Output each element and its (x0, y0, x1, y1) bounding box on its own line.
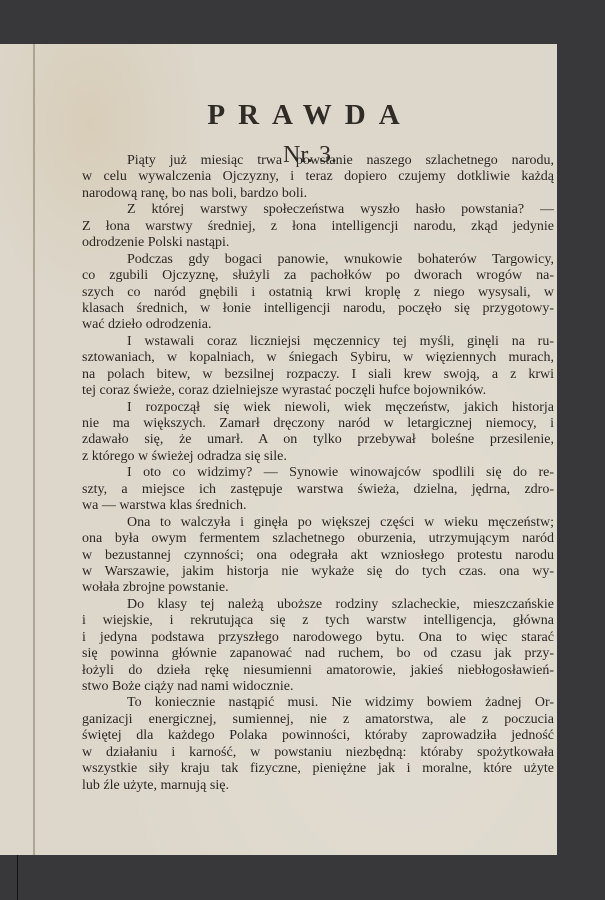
text-line: To koniecznie nastąpić musi. Nie widzimy… (82, 695, 554, 711)
text-line: i jedyna podstawa przyszłego narodowego … (82, 630, 554, 646)
text-line: w działaniu i karność, w powstaniu niezb… (82, 745, 554, 761)
text-line: ona była owym fermentem szlachetnego obu… (82, 531, 554, 547)
text-line: świętej dla każdego Polaka powinności, k… (82, 728, 554, 744)
text-line: i wiejskie, i rekrutująca się z tych war… (82, 613, 554, 629)
text-line: w celu wywalczenia Ojczyzny, i teraz dop… (82, 169, 554, 185)
text-line: lub źle użyte, marnują się. (82, 778, 554, 794)
text-line: Ona to walczyła i ginęła po większej czę… (82, 515, 554, 531)
text-line: nie ma większych. Zamarł dręczony naród … (82, 416, 554, 432)
text-line: łożyli do dzieła rękę niesumienni amator… (82, 663, 554, 679)
article-body: Piąty już miesiąc trwa powstanie naszego… (82, 153, 554, 794)
text-line: narodową ranę, bo nas boli, bardzo boli. (82, 186, 554, 202)
text-line: wołała zbrojne powstanie. (82, 580, 554, 596)
text-line: sztowaniach, w kopalniach, w śniegach Sy… (82, 350, 554, 366)
text-line: wszystkie siły kraju tak fizyczne, pieni… (82, 761, 554, 777)
text-line: Do klasy tej należą uboższe rodziny szla… (82, 597, 554, 613)
text-line: szty, a miejsce ich zastępuje warstwa św… (82, 482, 554, 498)
text-line: I oto co widzimy? — Synowie winowajców s… (82, 465, 554, 481)
text-line: zdawało się, że umarł. A on tylko przeby… (82, 432, 554, 448)
text-line: się powinna głównie zapanować nad ruchem… (82, 646, 554, 662)
text-line: ganizacji energicznej, sumiennej, nie z … (82, 712, 554, 728)
text-line: co zgubili Ojczyznę, służyli za pachołkó… (82, 268, 554, 284)
text-line: stwo Boże ciąży nad nami widocznie. (82, 679, 554, 695)
text-line: z którego w świeżej odradza się sile. (82, 449, 554, 465)
text-line: klasach średnich, w łonie intelligencji … (82, 301, 554, 317)
text-line: I wstawali coraz liczniejsi męczennicy t… (82, 334, 554, 350)
document-page: PRAWDA Nr. 3. Piąty już miesiąc trwa pow… (0, 44, 557, 855)
text-line: na polach bitew, w bezsilnej rozpaczy. I… (82, 367, 554, 383)
text-line: wać dzieło odrodzenia. (82, 317, 554, 333)
text-line: Podczas gdy bogaci panowie, wnukowie boh… (82, 252, 554, 268)
text-line: Z łona warstwy średniej, z łona intellig… (82, 219, 554, 235)
text-line: Z której warstwy społeczeństwa wyszło ha… (82, 202, 554, 218)
text-line: szych co naród gnębili i ostatnią krwi k… (82, 285, 554, 301)
document-title: PRAWDA (200, 99, 420, 132)
page-fold-line (33, 44, 35, 855)
text-line: I rozpoczął się wiek niewoli, wiek męcze… (82, 400, 554, 416)
text-line: wa — warstwa klas średnich. (82, 498, 554, 514)
scan-edge (17, 855, 18, 900)
text-line: w Warszawie, jakim historja nie wykaże s… (82, 564, 554, 580)
text-line: odrodzenie Polski nastąpi. (82, 235, 554, 251)
text-line: tej coraz świeże, coraz dzielniejsze wyr… (82, 383, 554, 399)
text-line: Piąty już miesiąc trwa powstanie naszego… (82, 153, 554, 169)
text-line: w bezustannej czynności; ona odegrała ak… (82, 548, 554, 564)
